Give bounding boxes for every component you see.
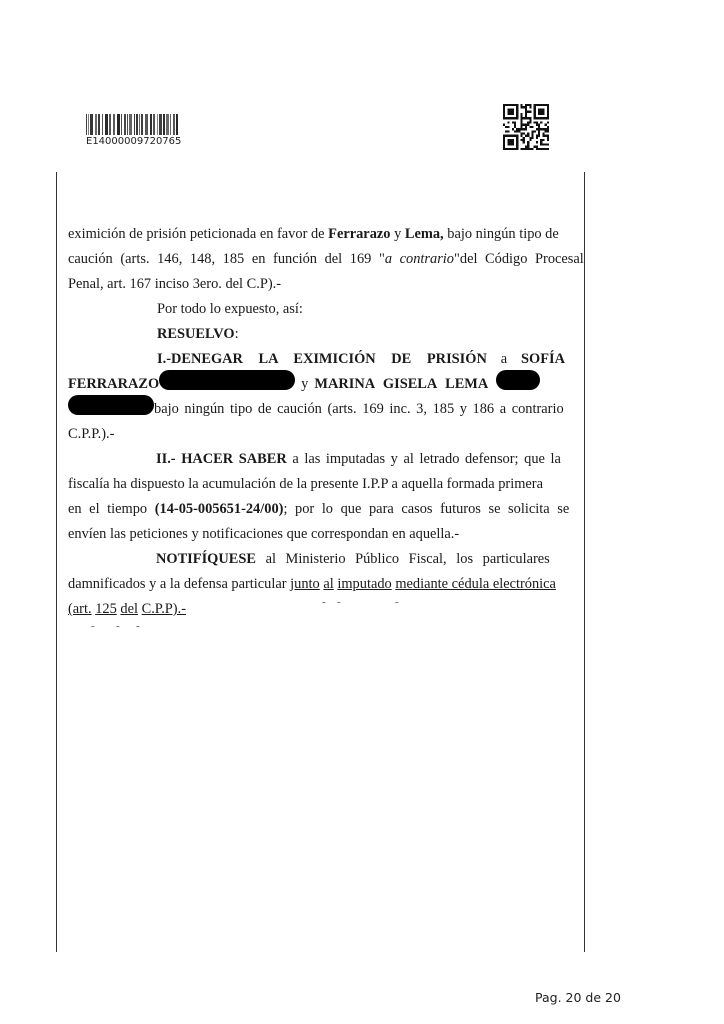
notification-line: (art. 125 del C.P.P).- [68, 597, 565, 622]
notification-line: NOTIFÍQUESE al Ministerio Público Fiscal… [68, 547, 565, 572]
item-1-line: FERRARAZO y MARINA GISELA LEMA [68, 372, 565, 397]
page-number: Pag. 20 de 20 [535, 990, 621, 1005]
item-2-line: envíen las peticiones y notificaciones q… [68, 522, 565, 547]
stray-mark: - [136, 620, 140, 632]
item-1-line: I.-DENEGAR LA EXIMICIÓN DE PRISIÓN a SOF… [68, 347, 565, 372]
right-margin-rule [584, 172, 585, 952]
resolution-text: eximición de prisión peticionada en favo… [68, 222, 565, 622]
qr-code-icon [503, 104, 549, 150]
redaction-block [159, 370, 295, 390]
barcode-number: E14000009720765 [86, 136, 186, 147]
notification-line: damnificados y a la defensa particular j… [68, 572, 565, 597]
stray-mark: - [337, 596, 341, 608]
item-1-line: C.P.P.).- [68, 422, 565, 447]
stray-mark: - [322, 596, 326, 608]
document-page: E14000009720765 eximición de prisión pet… [0, 0, 724, 1024]
redaction-block [496, 370, 540, 390]
stray-mark: - [116, 620, 120, 632]
text-line: Penal, art. 167 inciso 3ero. del C.P).- [68, 272, 565, 297]
left-margin-rule [56, 172, 57, 952]
text-line: Por todo lo expuesto, así: [68, 297, 565, 322]
item-2-line: en el tiempo (14-05-005651-24/00); por l… [68, 497, 565, 522]
redaction-block [68, 395, 154, 415]
item-2-line: fiscalía ha dispuesto la acumulación de … [68, 472, 565, 497]
item-2-line: II.- HACER SABER a las imputadas y al le… [68, 447, 565, 472]
item-1-line: bajo ningún tipo de caución (arts. 169 i… [68, 397, 565, 422]
barcode-block: E14000009720765 [86, 114, 186, 147]
resuelvo-heading: RESUELVO: [68, 322, 565, 347]
stray-mark: - [91, 620, 95, 632]
text-line: caución (arts. 146, 148, 185 en función … [68, 247, 565, 272]
stray-mark: - [395, 596, 399, 608]
barcode-icon [86, 114, 186, 135]
text-line: eximición de prisión peticionada en favo… [68, 222, 565, 247]
